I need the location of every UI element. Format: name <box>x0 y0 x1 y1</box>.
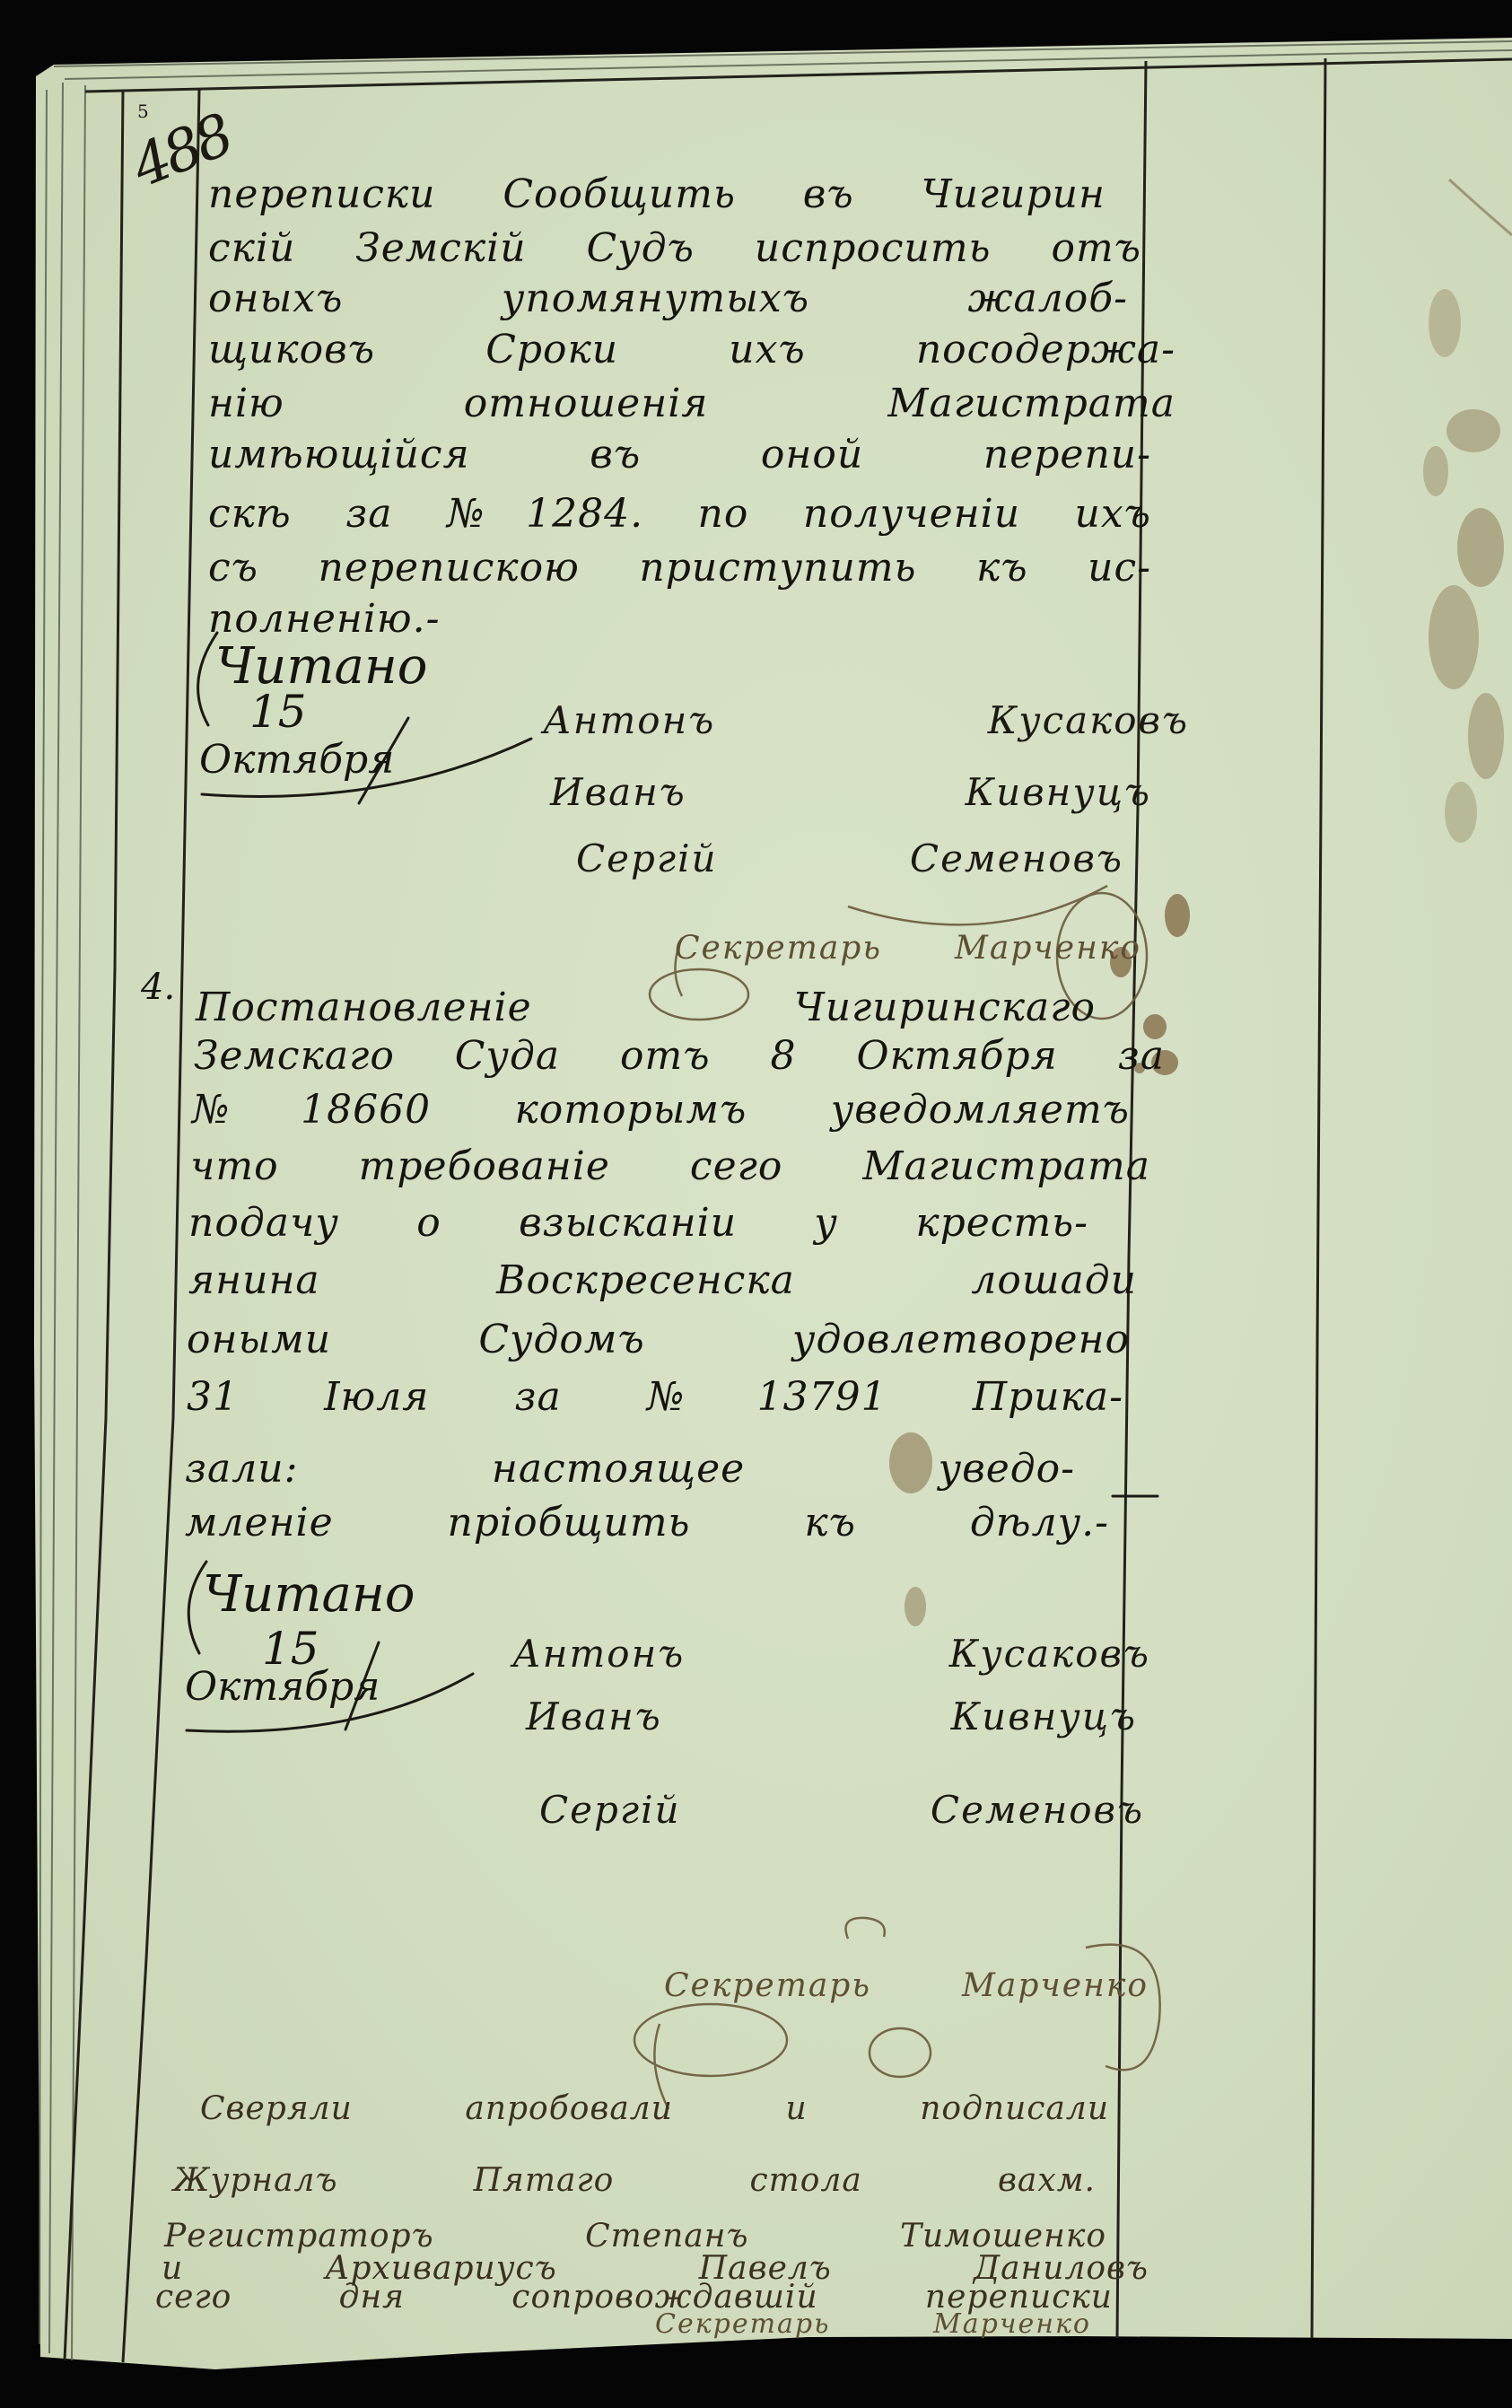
text-line: скій Земскій Судъ испросить отъ <box>208 222 1141 276</box>
text-line: щиковъ Сроки ихъ посодержа- <box>208 323 1176 377</box>
secretary-stamp: Секретарь Марченко <box>655 2307 1091 2342</box>
text-line: подачу о взысканіи у кресть- <box>188 1196 1088 1250</box>
signature: Иванъ Кивнуцъ <box>550 767 1151 818</box>
text-line: что требованіе сего Магистрата <box>190 1140 1150 1194</box>
text-line: 31 Іюля за №13791 Прика- <box>187 1370 1123 1424</box>
read-mark-label: Читано <box>203 1568 415 1622</box>
text-line: скѣ за №1284. по полученіи ихъ <box>208 487 1151 541</box>
signature: Сергій Семеновъ <box>539 1785 1144 1835</box>
text-line: имѣющійся въ оной перепи- <box>208 428 1151 482</box>
secretary-stamp: Секретарь Марченко <box>664 1964 1149 2009</box>
closing-line: Сверяли апробовали и подписали <box>200 2089 1109 2129</box>
signature: Сергій Семеновъ <box>576 834 1123 884</box>
read-date-month: Октября <box>199 735 394 785</box>
text-line: янина Воскресенска лошади <box>188 1254 1137 1308</box>
text-line: зали: настоящее уведо- <box>185 1442 1075 1496</box>
entry-number: 4. <box>141 965 175 1010</box>
closing-line: Журналъ Пятаго стола вахм. <box>173 2161 1096 2201</box>
corner-mark: 5 <box>137 101 149 122</box>
text-line: мленіе пріобщить къ дѣлу.- <box>185 1496 1109 1550</box>
signature: Антонъ Кусаковъ <box>543 696 1189 746</box>
signature: Иванъ Кивнуцъ <box>526 1692 1137 1742</box>
text-line: оныхъ упомянутыхъ жалоб- <box>208 272 1128 326</box>
signature: Антонъ Кусаковъ <box>512 1629 1150 1679</box>
secretary-stamp: Секретарь Марченко <box>675 926 1141 971</box>
text-line: Постановленіе Чигиринскаго <box>196 981 1096 1035</box>
text-line: съ перепискою приступить къ ис- <box>208 541 1151 595</box>
text-line: №18660 которымъ уведомляетъ <box>192 1083 1130 1137</box>
read-date-month: Октября <box>185 1662 380 1712</box>
text-line: Земскаго Суда отъ 8 Октября за <box>194 1029 1165 1083</box>
text-line: нію отношенія Магистрата <box>208 377 1176 431</box>
text-line: оными Судомъ удовлетворено <box>187 1313 1130 1367</box>
read-date-day: 15 <box>249 687 307 737</box>
text-line: переписки Сообщить въ Чигирин <box>208 168 1106 222</box>
read-mark-label: Читано <box>215 640 427 694</box>
